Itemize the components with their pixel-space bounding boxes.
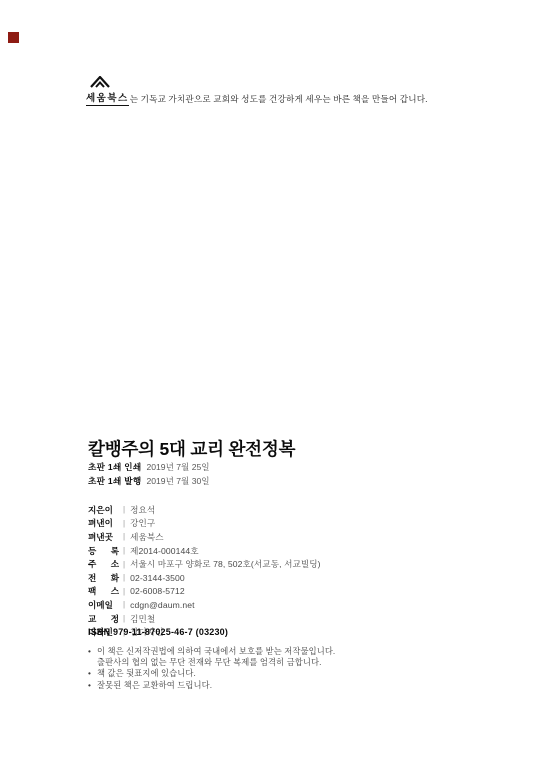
detail-value: 김민철 [130,613,155,625]
detail-row: 펴낸곳 | 세움북스 [88,530,321,544]
edition-row: 초판 1쇄 인쇄 2019년 7월 25일 [88,460,210,474]
book-title: 칼뱅주의 5대 교리 완전정복 [88,436,295,461]
house-roof-icon [90,76,110,88]
isbn-line: ISBN 979-11-87025-46-7 (03230) [88,627,228,637]
note-row: • 이 책은 신저작권법에 의하여 국내에서 보호를 받는 저작물입니다. [88,646,335,657]
note-text: 책 값은 뒷표지에 있습니다. [97,668,196,679]
corner-mark-square [8,32,19,43]
detail-value: 강인구 [130,517,155,529]
note-row: • 잘못된 책은 교환하여 드립니다. [88,680,335,691]
detail-value: 정요석 [130,504,155,516]
publisher-logo: 세움북스 [86,76,129,106]
detail-row: 펴낸이 | 강인구 [88,517,321,531]
detail-row: 지은이 | 정요석 [88,503,321,517]
edition-label: 초판 1쇄 인쇄 [88,461,141,473]
copyright-notes: • 이 책은 신저작권법에 의하여 국내에서 보호를 받는 저작물입니다. • … [88,646,335,691]
colophon-page: 세움북스 는 기독교 가치관으로 교회와 성도를 건강하게 세우는 바른 책을 … [0,0,550,784]
edition-date: 2019년 7월 30일 [146,475,209,487]
detail-row: 주 소 | 서울시 마포구 양화로 78, 502호(서교동, 서교빌딩) [88,557,321,571]
detail-row: 이메일 | cdgn@daum.net [88,598,321,612]
separator-bar: | [123,560,125,569]
detail-value: 02-3144-3500 [130,573,185,583]
detail-row: 등 록 | 제2014-000144호 [88,544,321,558]
separator-bar: | [123,532,125,541]
detail-row: 교 정 | 김민철 [88,612,321,626]
note-row: • 출판사의 협의 없는 무단 전재와 무단 복제를 엄격히 금합니다. [88,657,335,668]
detail-label: 교 정 [88,613,119,625]
bullet-icon: • [88,680,97,691]
publisher-tagline: 는 기독교 가치관으로 교회와 성도를 건강하게 세우는 바른 책을 만들어 갑… [130,93,428,106]
edition-date: 2019년 7월 25일 [146,461,209,473]
detail-value: 세움북스 [130,531,164,543]
separator-bar: | [123,505,125,514]
edition-label: 초판 1쇄 발행 [88,475,141,487]
separator-bar: | [123,546,125,555]
separator-bar: | [123,519,125,528]
publisher-line: 세움북스 는 기독교 가치관으로 교회와 성도를 건강하게 세우는 바른 책을 … [86,76,428,106]
note-row: • 책 값은 뒷표지에 있습니다. [88,668,335,679]
detail-label: 등 록 [88,545,119,557]
note-text: 이 책은 신저작권법에 의하여 국내에서 보호를 받는 저작물입니다. [97,646,335,657]
detail-value: 제2014-000144호 [130,545,199,557]
detail-label: 지은이 [88,504,119,516]
bullet-icon: • [88,646,97,657]
detail-label: 이메일 [88,599,119,611]
publisher-logo-text: 세움북스 [86,90,129,106]
detail-row: 팩 스 | 02-6008-5712 [88,585,321,599]
detail-label: 팩 스 [88,585,119,597]
detail-value: 서울시 마포구 양화로 78, 502호(서교동, 서교빌딩) [130,558,321,570]
edition-row: 초판 1쇄 발행 2019년 7월 30일 [88,474,210,488]
bullet-icon: • [88,668,97,679]
detail-label: 펴낸곳 [88,531,119,543]
note-text: 출판사의 협의 없는 무단 전재와 무단 복제를 엄격히 금합니다. [97,657,322,668]
detail-label: 펴낸이 [88,517,119,529]
separator-bar: | [123,573,125,582]
detail-value: 02-6008-5712 [130,586,185,596]
note-text: 잘못된 책은 교환하여 드립니다. [97,680,212,691]
detail-row: 전 화 | 02-3144-3500 [88,571,321,585]
edition-list: 초판 1쇄 인쇄 2019년 7월 25일 초판 1쇄 발행 2019년 7월 … [88,460,210,488]
detail-label: 전 화 [88,572,119,584]
separator-bar: | [123,600,125,609]
publication-details: 지은이 | 정요석 펴낸이 | 강인구 펴낸곳 | 세움북스 등 록 | 제20… [88,503,321,639]
detail-label: 주 소 [88,558,119,570]
separator-bar: | [123,614,125,623]
detail-value: cdgn@daum.net [130,600,195,610]
separator-bar: | [123,587,125,596]
